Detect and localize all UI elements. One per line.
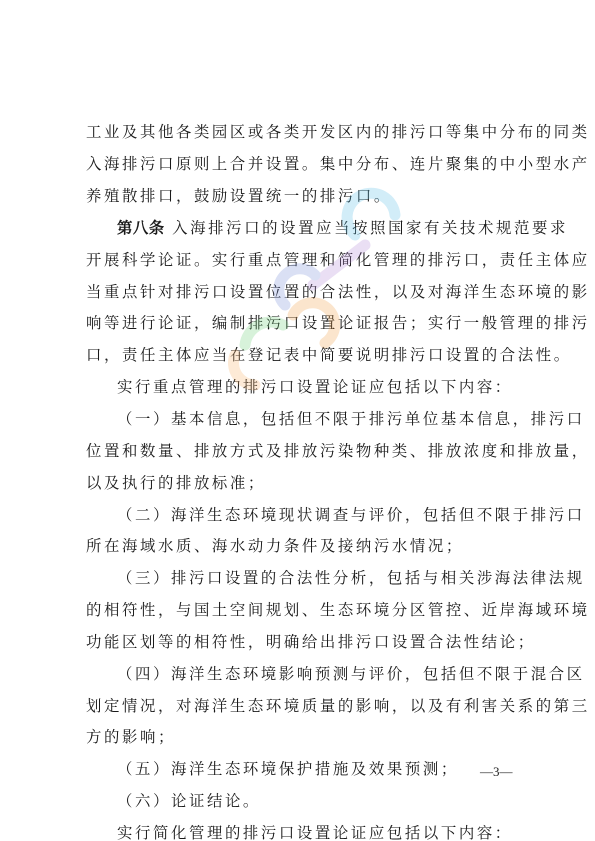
text-line: 口，责任主体应当在登记表中简要说明排污口设置的合法性。 — [86, 345, 512, 365]
text-line: 实行重点管理的排污口设置论证应包括以下内容： — [117, 377, 512, 397]
text-line: 方的影响； — [86, 727, 512, 747]
document-page: 工业及其他各类园区或各类开发区内的排污口等集中分布的同类 入海排污口原则上合并设… — [0, 0, 595, 841]
list-item-3: （三）排污口设置的合法性分析，包括与相关涉海法律法规 — [117, 568, 512, 588]
text-line: 实行简化管理的排污口设置论证应包括以下内容： — [117, 823, 512, 841]
text-line: 响等进行论证，编制排污口设置论证报告；实行一般管理的排污 — [86, 313, 512, 333]
page-number: —3— — [480, 764, 513, 780]
article-8-line: 第八条 入海排污口的设置应当按照国家有关技术规范要求 — [117, 218, 512, 238]
text-span: 入海排污口的设置应当按照国家有关技术规范要求 — [165, 219, 568, 237]
text-line: 当重点针对排污口设置位置的合法性，以及对海洋生态环境的影 — [86, 282, 512, 302]
article-heading: 第八条 — [117, 219, 165, 237]
text-line: 划定情况，对海洋生态环境质量的影响，以及有利害关系的第三 — [86, 696, 512, 716]
list-item-1: （一）基本信息，包括但不限于排污单位基本信息，排污口 — [117, 409, 512, 429]
text-line: 工业及其他各类园区或各类开发区内的排污口等集中分布的同类 — [86, 122, 512, 142]
list-item-5: （五）海洋生态环境保护措施及效果预测； — [117, 759, 512, 779]
list-item-6: （六）论证结论。 — [117, 791, 512, 811]
text-line: 位置和数量、排放方式及排放污染物种类、排放浓度和排放量， — [86, 441, 512, 461]
text-line: 所在海域水质、海水动力条件及接纳污水情况； — [86, 536, 512, 556]
text-line: 功能区划等的相符性，明确给出排污口设置合法性结论； — [86, 632, 512, 652]
list-item-4: （四）海洋生态环境影响预测与评价，包括但不限于混合区 — [117, 664, 512, 684]
text-line: 养殖散排口，鼓励设置统一的排污口。 — [86, 186, 512, 206]
text-line: 开展科学论证。实行重点管理和简化管理的排污口，责任主体应 — [86, 250, 512, 270]
text-line: 以及执行的排放标准； — [86, 473, 512, 493]
text-line: 入海排污口原则上合并设置。集中分布、连片聚集的中小型水产 — [86, 154, 512, 174]
list-item-2: （二）海洋生态环境现状调查与评价，包括但不限于排污口 — [117, 505, 512, 525]
text-line: 的相符性，与国土空间规划、生态环境分区管控、近岸海域环境 — [86, 600, 512, 620]
